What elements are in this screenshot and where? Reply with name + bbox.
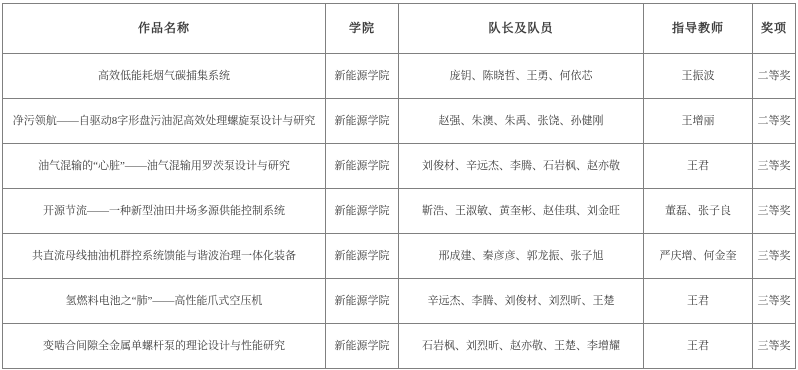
header-advisor: 指导教师 — [644, 4, 753, 54]
title-cell: 油气混输的“心脏”——油气混输用罗茨泵设计与研究 — [3, 144, 326, 189]
title-cell: 氢燃料电池之“肺”——高性能爪式空压机 — [3, 279, 326, 324]
title-cell: 高效低能耗烟气碳捕集系统 — [3, 54, 326, 99]
award-cell: 三等奖 — [753, 144, 796, 189]
advisor-cell: 董磊、张子良 — [644, 189, 753, 234]
award-cell: 二等奖 — [753, 99, 796, 144]
members-cell: 石岩枫、刘烈昕、赵亦敬、王楚、李增耀 — [399, 324, 644, 369]
advisor-cell: 王君 — [644, 279, 753, 324]
table-row: 开源节流——一种新型油田井场多源供能控制系统新能源学院靳浩、王淑敏、黄奎彬、赵佳… — [3, 189, 796, 234]
members-cell: 刘俊材、辛远杰、李腾、石岩枫、赵亦敬 — [399, 144, 644, 189]
title-cell: 开源节流——一种新型油田井场多源供能控制系统 — [3, 189, 326, 234]
table-row: 共直流母线抽油机群控系统馈能与谐波治理一体化装备新能源学院邢成建、秦彦彦、郭龙振… — [3, 234, 796, 279]
table-row: 净污领航——自驱动8字形盘污油泥高效处理螺旋泵设计与研究新能源学院赵强、朱澳、朱… — [3, 99, 796, 144]
college-cell: 新能源学院 — [326, 279, 399, 324]
award-cell: 三等奖 — [753, 324, 796, 369]
table-row: 油气混输的“心脏”——油气混输用罗茨泵设计与研究新能源学院刘俊材、辛远杰、李腾、… — [3, 144, 796, 189]
awards-table: 作品名称 学院 队长及队员 指导教师 奖项 高效低能耗烟气碳捕集系统新能源学院庞… — [2, 3, 796, 369]
college-cell: 新能源学院 — [326, 144, 399, 189]
members-cell: 庞钥、陈晓哲、王勇、何依芯 — [399, 54, 644, 99]
award-cell: 三等奖 — [753, 279, 796, 324]
members-cell: 靳浩、王淑敏、黄奎彬、赵佳琪、刘金旺 — [399, 189, 644, 234]
members-cell: 赵强、朱澳、朱禹、张饶、孙健刚 — [399, 99, 644, 144]
award-cell: 二等奖 — [753, 54, 796, 99]
award-cell: 三等奖 — [753, 234, 796, 279]
advisor-cell: 严庆增、何金奎 — [644, 234, 753, 279]
members-cell: 邢成建、秦彦彦、郭龙振、张子旭 — [399, 234, 644, 279]
advisor-cell: 王增丽 — [644, 99, 753, 144]
table-row: 变啮合间隙全金属单螺杆泵的理论设计与性能研究新能源学院石岩枫、刘烈昕、赵亦敬、王… — [3, 324, 796, 369]
college-cell: 新能源学院 — [326, 189, 399, 234]
header-team-members: 队长及队员 — [399, 4, 644, 54]
college-cell: 新能源学院 — [326, 324, 399, 369]
header-award: 奖项 — [753, 4, 796, 54]
advisor-cell: 王振波 — [644, 54, 753, 99]
college-cell: 新能源学院 — [326, 99, 399, 144]
table-row: 氢燃料电池之“肺”——高性能爪式空压机新能源学院辛远杰、李腾、刘俊材、刘烈昕、王… — [3, 279, 796, 324]
title-cell: 净污领航——自驱动8字形盘污油泥高效处理螺旋泵设计与研究 — [3, 99, 326, 144]
members-cell: 辛远杰、李腾、刘俊材、刘烈昕、王楚 — [399, 279, 644, 324]
advisor-cell: 王君 — [644, 144, 753, 189]
college-cell: 新能源学院 — [326, 54, 399, 99]
awards-table-body: 高效低能耗烟气碳捕集系统新能源学院庞钥、陈晓哲、王勇、何依芯王振波二等奖净污领航… — [3, 54, 796, 369]
title-cell: 共直流母线抽油机群控系统馈能与谐波治理一体化装备 — [3, 234, 326, 279]
header-college: 学院 — [326, 4, 399, 54]
college-cell: 新能源学院 — [326, 234, 399, 279]
table-row: 高效低能耗烟气碳捕集系统新能源学院庞钥、陈晓哲、王勇、何依芯王振波二等奖 — [3, 54, 796, 99]
header-row: 作品名称 学院 队长及队员 指导教师 奖项 — [3, 4, 796, 54]
title-cell: 变啮合间隙全金属单螺杆泵的理论设计与性能研究 — [3, 324, 326, 369]
header-work-title: 作品名称 — [3, 4, 326, 54]
award-cell: 三等奖 — [753, 189, 796, 234]
advisor-cell: 王君 — [644, 324, 753, 369]
